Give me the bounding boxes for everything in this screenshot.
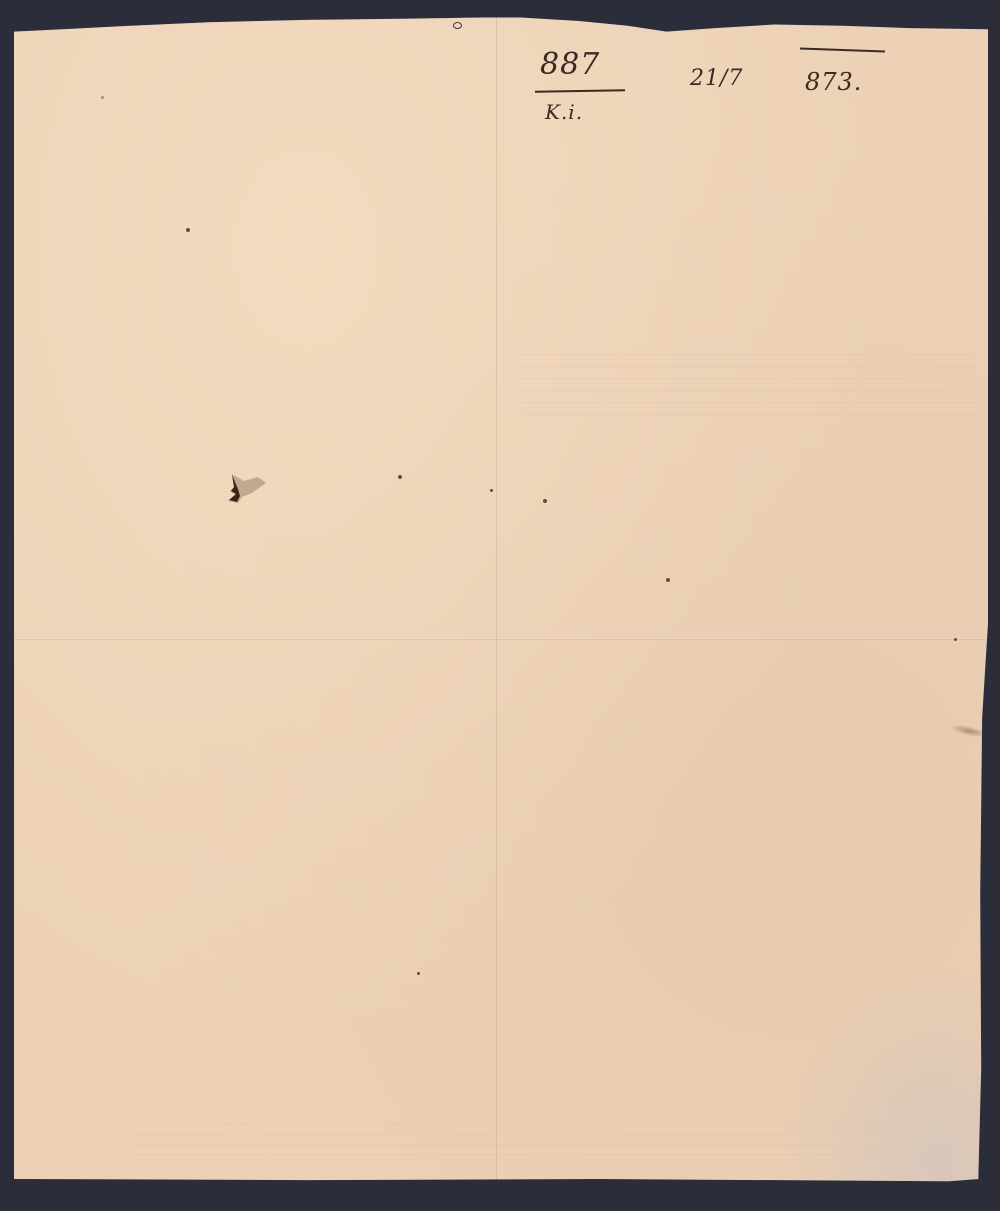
count-mark: 873. xyxy=(805,68,862,96)
foxing-spot xyxy=(666,578,670,582)
date-mark: 21/7 xyxy=(690,66,743,91)
scan-background: 887 K.i. 21/7 873. xyxy=(0,0,1000,1211)
show-through-print-upper xyxy=(519,354,979,424)
paper-sheet xyxy=(14,14,988,1186)
foxing-spot xyxy=(101,96,104,99)
edge-stain xyxy=(948,722,989,740)
foxing-spot xyxy=(417,972,420,975)
horizontal-fold-line xyxy=(14,638,988,640)
foxing-spot xyxy=(490,489,493,492)
foxing-spot xyxy=(954,638,957,641)
reference-number: 887 xyxy=(540,50,600,80)
foxing-spot xyxy=(186,228,190,232)
reference-subscript: K.i. xyxy=(545,100,583,124)
vertical-fold-line xyxy=(496,14,498,1186)
ink-blot xyxy=(222,469,272,509)
foxing-spot xyxy=(398,475,402,479)
pin-hole xyxy=(453,22,462,29)
show-through-print-lower xyxy=(134,1124,914,1164)
foxing-spot xyxy=(543,499,547,503)
